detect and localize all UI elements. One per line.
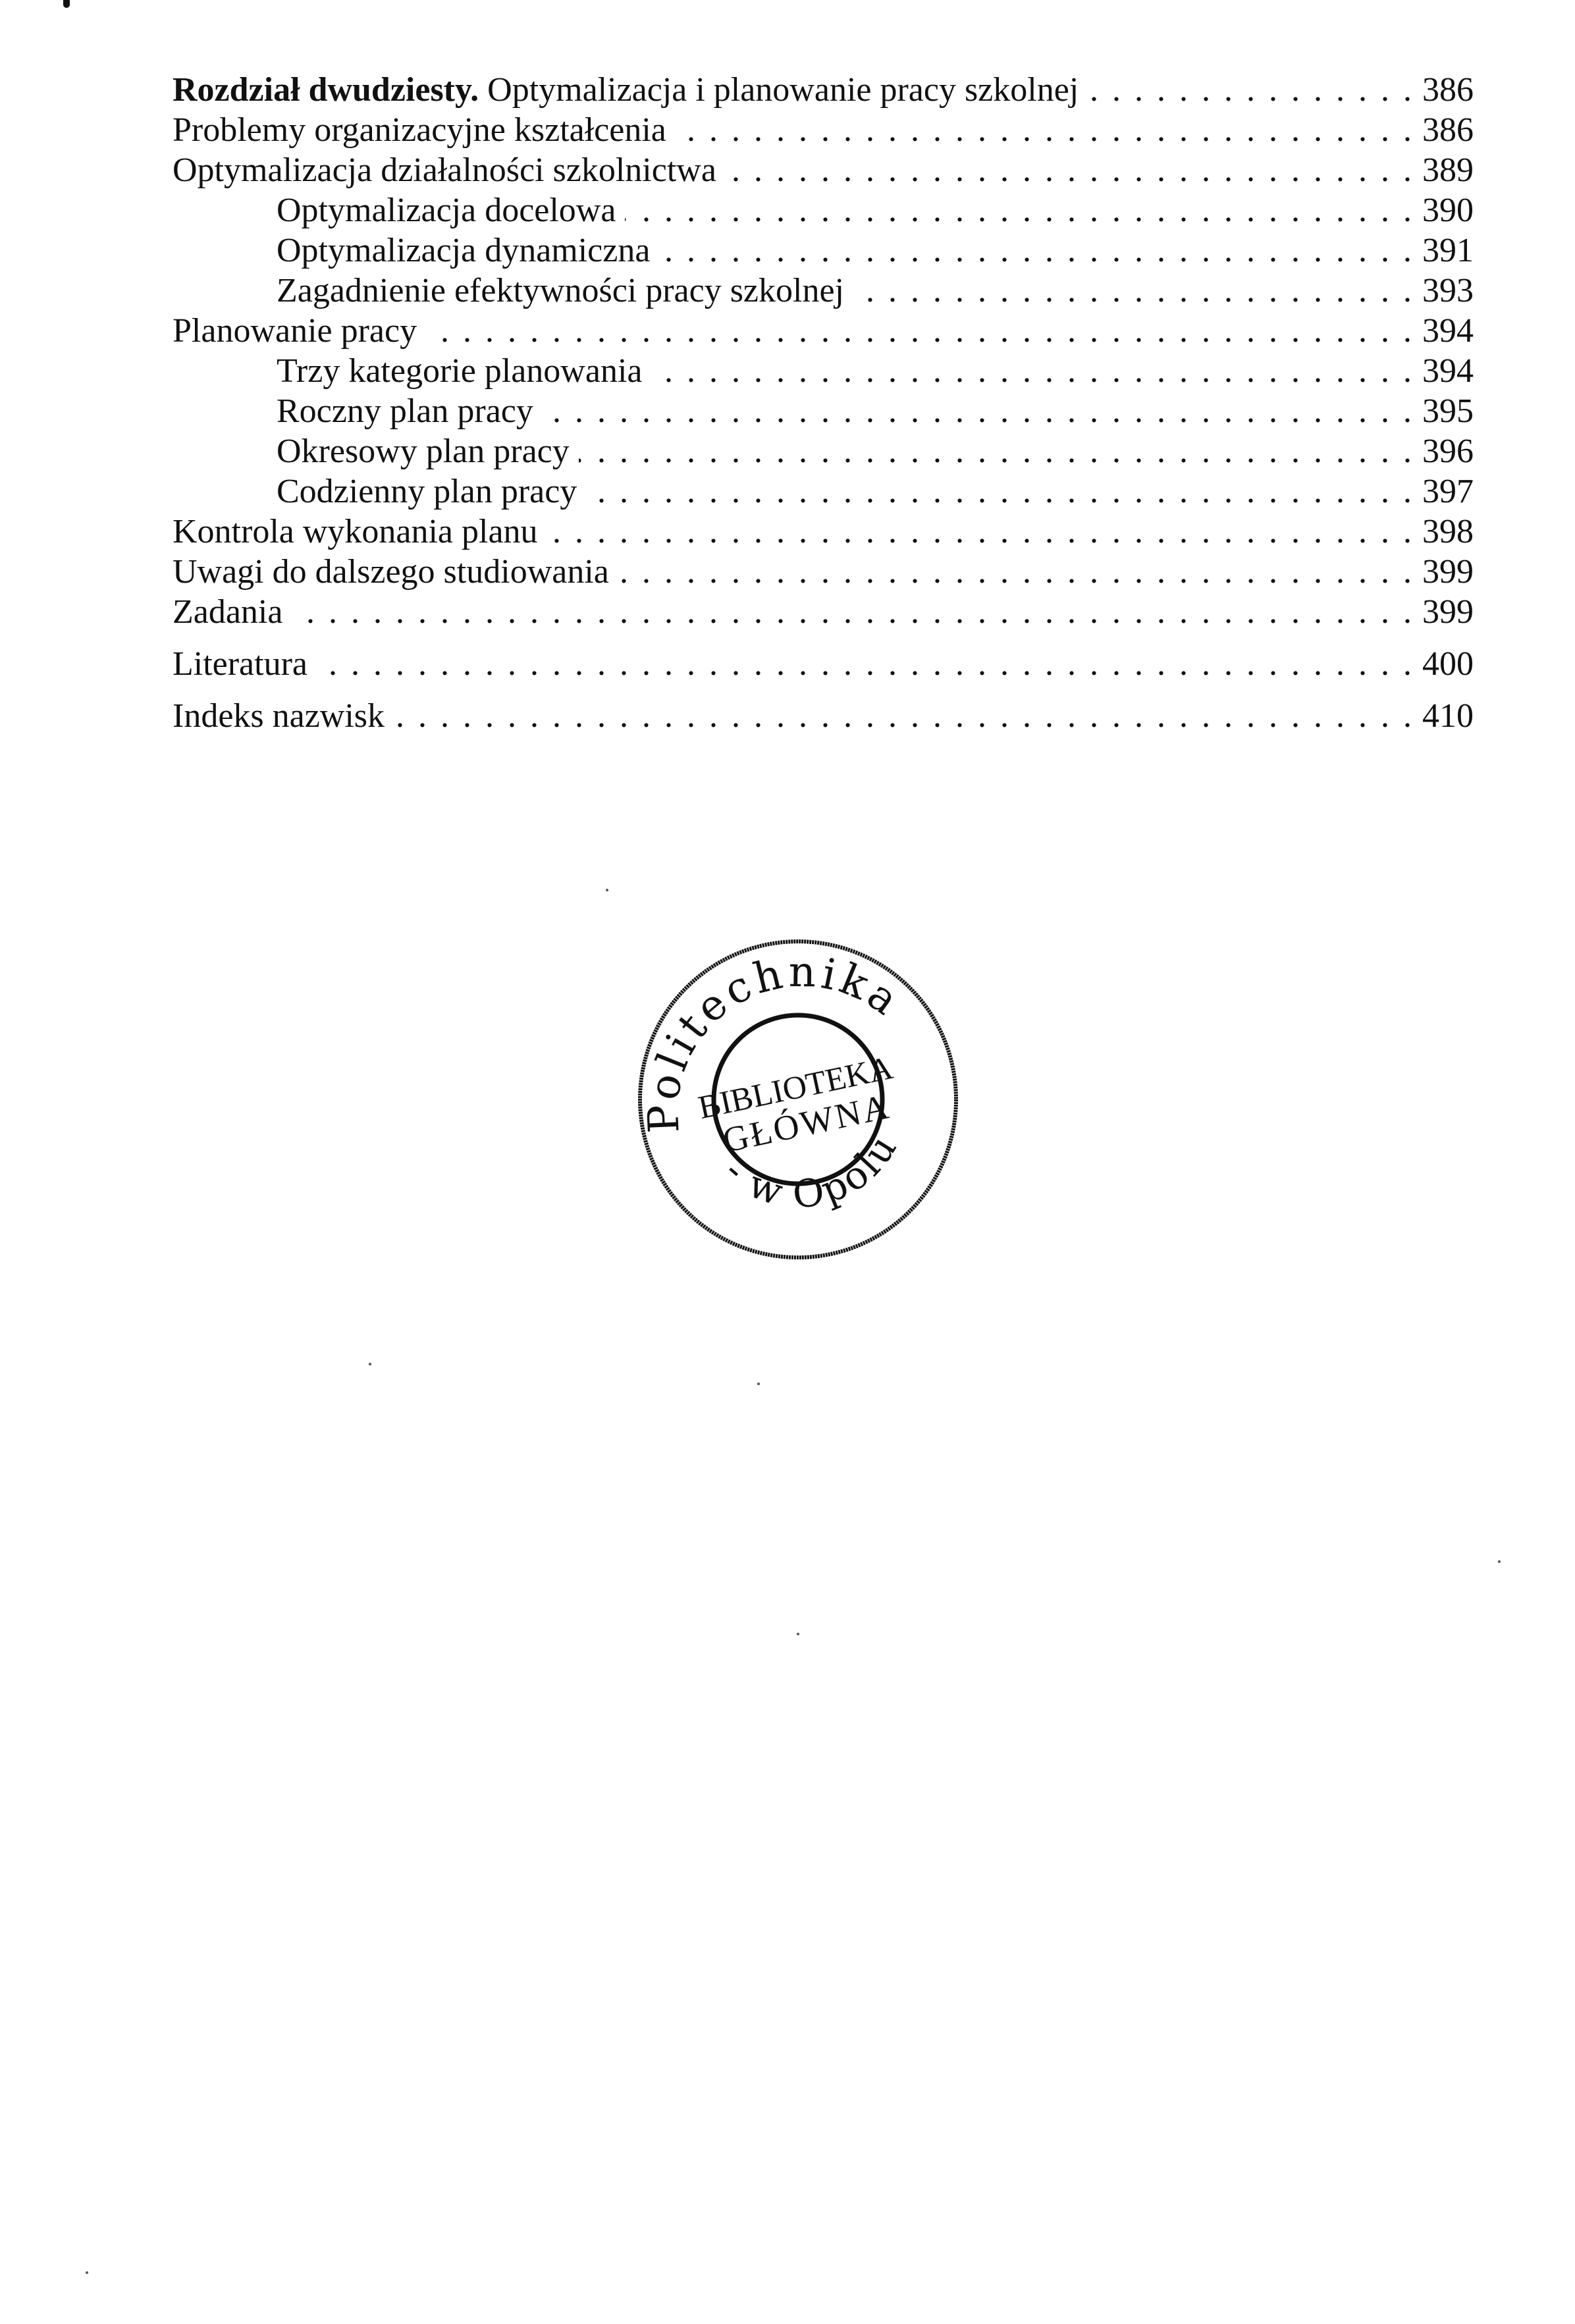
dot-leader — [292, 592, 1412, 632]
scan-speck — [757, 1383, 760, 1385]
toc-entry: Zagadnienie efektywności pracy szkolnej3… — [173, 271, 1474, 311]
toc-entry-text: Okresowy plan pracy — [277, 433, 570, 470]
dot-leader — [394, 696, 1412, 736]
scan-speck — [606, 889, 608, 891]
toc-entry-title: Roczny plan pracy — [173, 391, 533, 431]
toc-page-number: 386 — [1421, 70, 1474, 110]
toc-entry-title: Zagadnienie efektywności pracy szkolnej — [173, 271, 844, 311]
toc-entry: Rozdział dwudziesty. Optymalizacja i pla… — [173, 70, 1474, 110]
toc-entry-text: Literatura — [173, 645, 307, 683]
scan-speck — [1498, 1560, 1501, 1563]
scan-mark — [63, 0, 70, 8]
toc-page-number: 394 — [1421, 351, 1474, 391]
toc-page-number: 396 — [1421, 431, 1474, 471]
scan-speck — [86, 2271, 88, 2274]
toc-entry-title: Problemy organizacyjne kształcenia — [173, 110, 666, 150]
toc-page-number: 399 — [1421, 552, 1474, 592]
toc-entry-text: Uwagi do dalszego studiowania — [173, 553, 609, 591]
toc-entry-text: Trzy kategorie planowania — [277, 352, 642, 390]
dot-leader — [659, 230, 1412, 271]
table-of-contents: Rozdział dwudziesty. Optymalizacja i pla… — [173, 70, 1474, 736]
dot-leader — [547, 512, 1412, 552]
dot-leader — [676, 110, 1412, 150]
library-stamp: Politechnika Opolska - w Opolu - BIBLIOT… — [633, 935, 963, 1264]
toc-entry: Uwagi do dalszego studiowania399 — [173, 552, 1474, 592]
toc-entry: Indeks nazwisk410 — [173, 696, 1474, 736]
scan-speck — [797, 1633, 799, 1635]
toc-entry: Optymalizacja dynamiczna391 — [173, 230, 1474, 271]
toc-entry-title: Uwagi do dalszego studiowania — [173, 552, 609, 592]
dot-leader — [1088, 70, 1412, 110]
toc-entry-title: Indeks nazwisk — [173, 696, 385, 736]
toc-entry-text: Problemy organizacyjne kształcenia — [173, 111, 666, 149]
toc-entry-title: Trzy kategorie planowania — [173, 351, 642, 391]
toc-page-number: 398 — [1421, 512, 1474, 552]
dot-leader — [317, 644, 1412, 684]
toc-entry-title: Rozdział dwudziesty. Optymalizacja i pla… — [173, 70, 1079, 110]
dot-leader — [651, 351, 1412, 391]
dot-leader — [579, 431, 1412, 471]
toc-entry-text: Indeks nazwisk — [173, 697, 385, 735]
toc-entry-title: Optymalizacja dynamiczna — [173, 230, 650, 271]
toc-entry-title: Optymalizacja docelowa — [173, 190, 616, 230]
toc-entry-title: Codzienny plan pracy — [173, 471, 577, 512]
toc-page-number: 399 — [1421, 592, 1474, 632]
toc-entry-title: Optymalizacja działalności szkolnictwa — [173, 150, 716, 190]
toc-entry: Roczny plan pracy395 — [173, 391, 1474, 431]
toc-entry-text: Optymalizacja i planowanie pracy szkolne… — [479, 71, 1079, 109]
toc-entry: Kontrola wykonania planu398 — [173, 512, 1474, 552]
toc-page-number: 389 — [1421, 150, 1474, 190]
toc-entry-text: Zadania — [173, 593, 282, 631]
toc-page-number: 394 — [1421, 311, 1474, 351]
dot-leader — [625, 190, 1412, 230]
toc-entry: Problemy organizacyjne kształcenia386 — [173, 110, 1474, 150]
toc-page-number: 386 — [1421, 110, 1474, 150]
toc-entry: Planowanie pracy394 — [173, 311, 1474, 351]
toc-entry-text: Kontrola wykonania planu — [173, 513, 538, 550]
dot-leader — [543, 391, 1412, 431]
toc-entry: Okresowy plan pracy396 — [173, 431, 1474, 471]
toc-page-number: 410 — [1421, 696, 1474, 736]
scan-speck — [369, 1363, 371, 1365]
toc-page-number: 391 — [1421, 230, 1474, 271]
toc-page-number: 397 — [1421, 471, 1474, 512]
toc-entry-title: Literatura — [173, 644, 307, 684]
toc-page-number: 395 — [1421, 391, 1474, 431]
chapter-label: Rozdział dwudziesty. — [173, 71, 479, 109]
dot-leader — [726, 150, 1412, 190]
toc-entry-text: Zagadnienie efektywności pracy szkolnej — [277, 272, 844, 309]
dot-leader — [853, 271, 1412, 311]
toc-entry-text: Optymalizacja dynamiczna — [277, 232, 650, 269]
dot-leader — [426, 311, 1412, 351]
toc-entry-text: Optymalizacja działalności szkolnictwa — [173, 151, 716, 189]
toc-entry: Zadania399 — [173, 592, 1474, 632]
toc-entry-text: Optymalizacja docelowa — [277, 192, 616, 229]
toc-entry: Optymalizacja działalności szkolnictwa38… — [173, 150, 1474, 190]
toc-entry-title: Planowanie pracy — [173, 311, 417, 351]
toc-entry-title: Kontrola wykonania planu — [173, 512, 538, 552]
toc-entry-text: Planowanie pracy — [173, 312, 417, 350]
toc-entry: Literatura400 — [173, 644, 1474, 684]
toc-page-number: 393 — [1421, 271, 1474, 311]
toc-entry: Codzienny plan pracy397 — [173, 471, 1474, 512]
toc-page-number: 400 — [1421, 644, 1474, 684]
toc-entry: Optymalizacja docelowa390 — [173, 190, 1474, 230]
toc-entry-text: Roczny plan pracy — [277, 392, 533, 430]
toc-entry-title: Okresowy plan pracy — [173, 431, 570, 471]
toc-entry-title: Zadania — [173, 592, 282, 632]
toc-entry: Trzy kategorie planowania394 — [173, 351, 1474, 391]
dot-leader — [586, 471, 1412, 512]
toc-page-number: 390 — [1421, 190, 1474, 230]
dot-leader — [618, 552, 1412, 592]
toc-entry-text: Codzienny plan pracy — [277, 473, 577, 510]
